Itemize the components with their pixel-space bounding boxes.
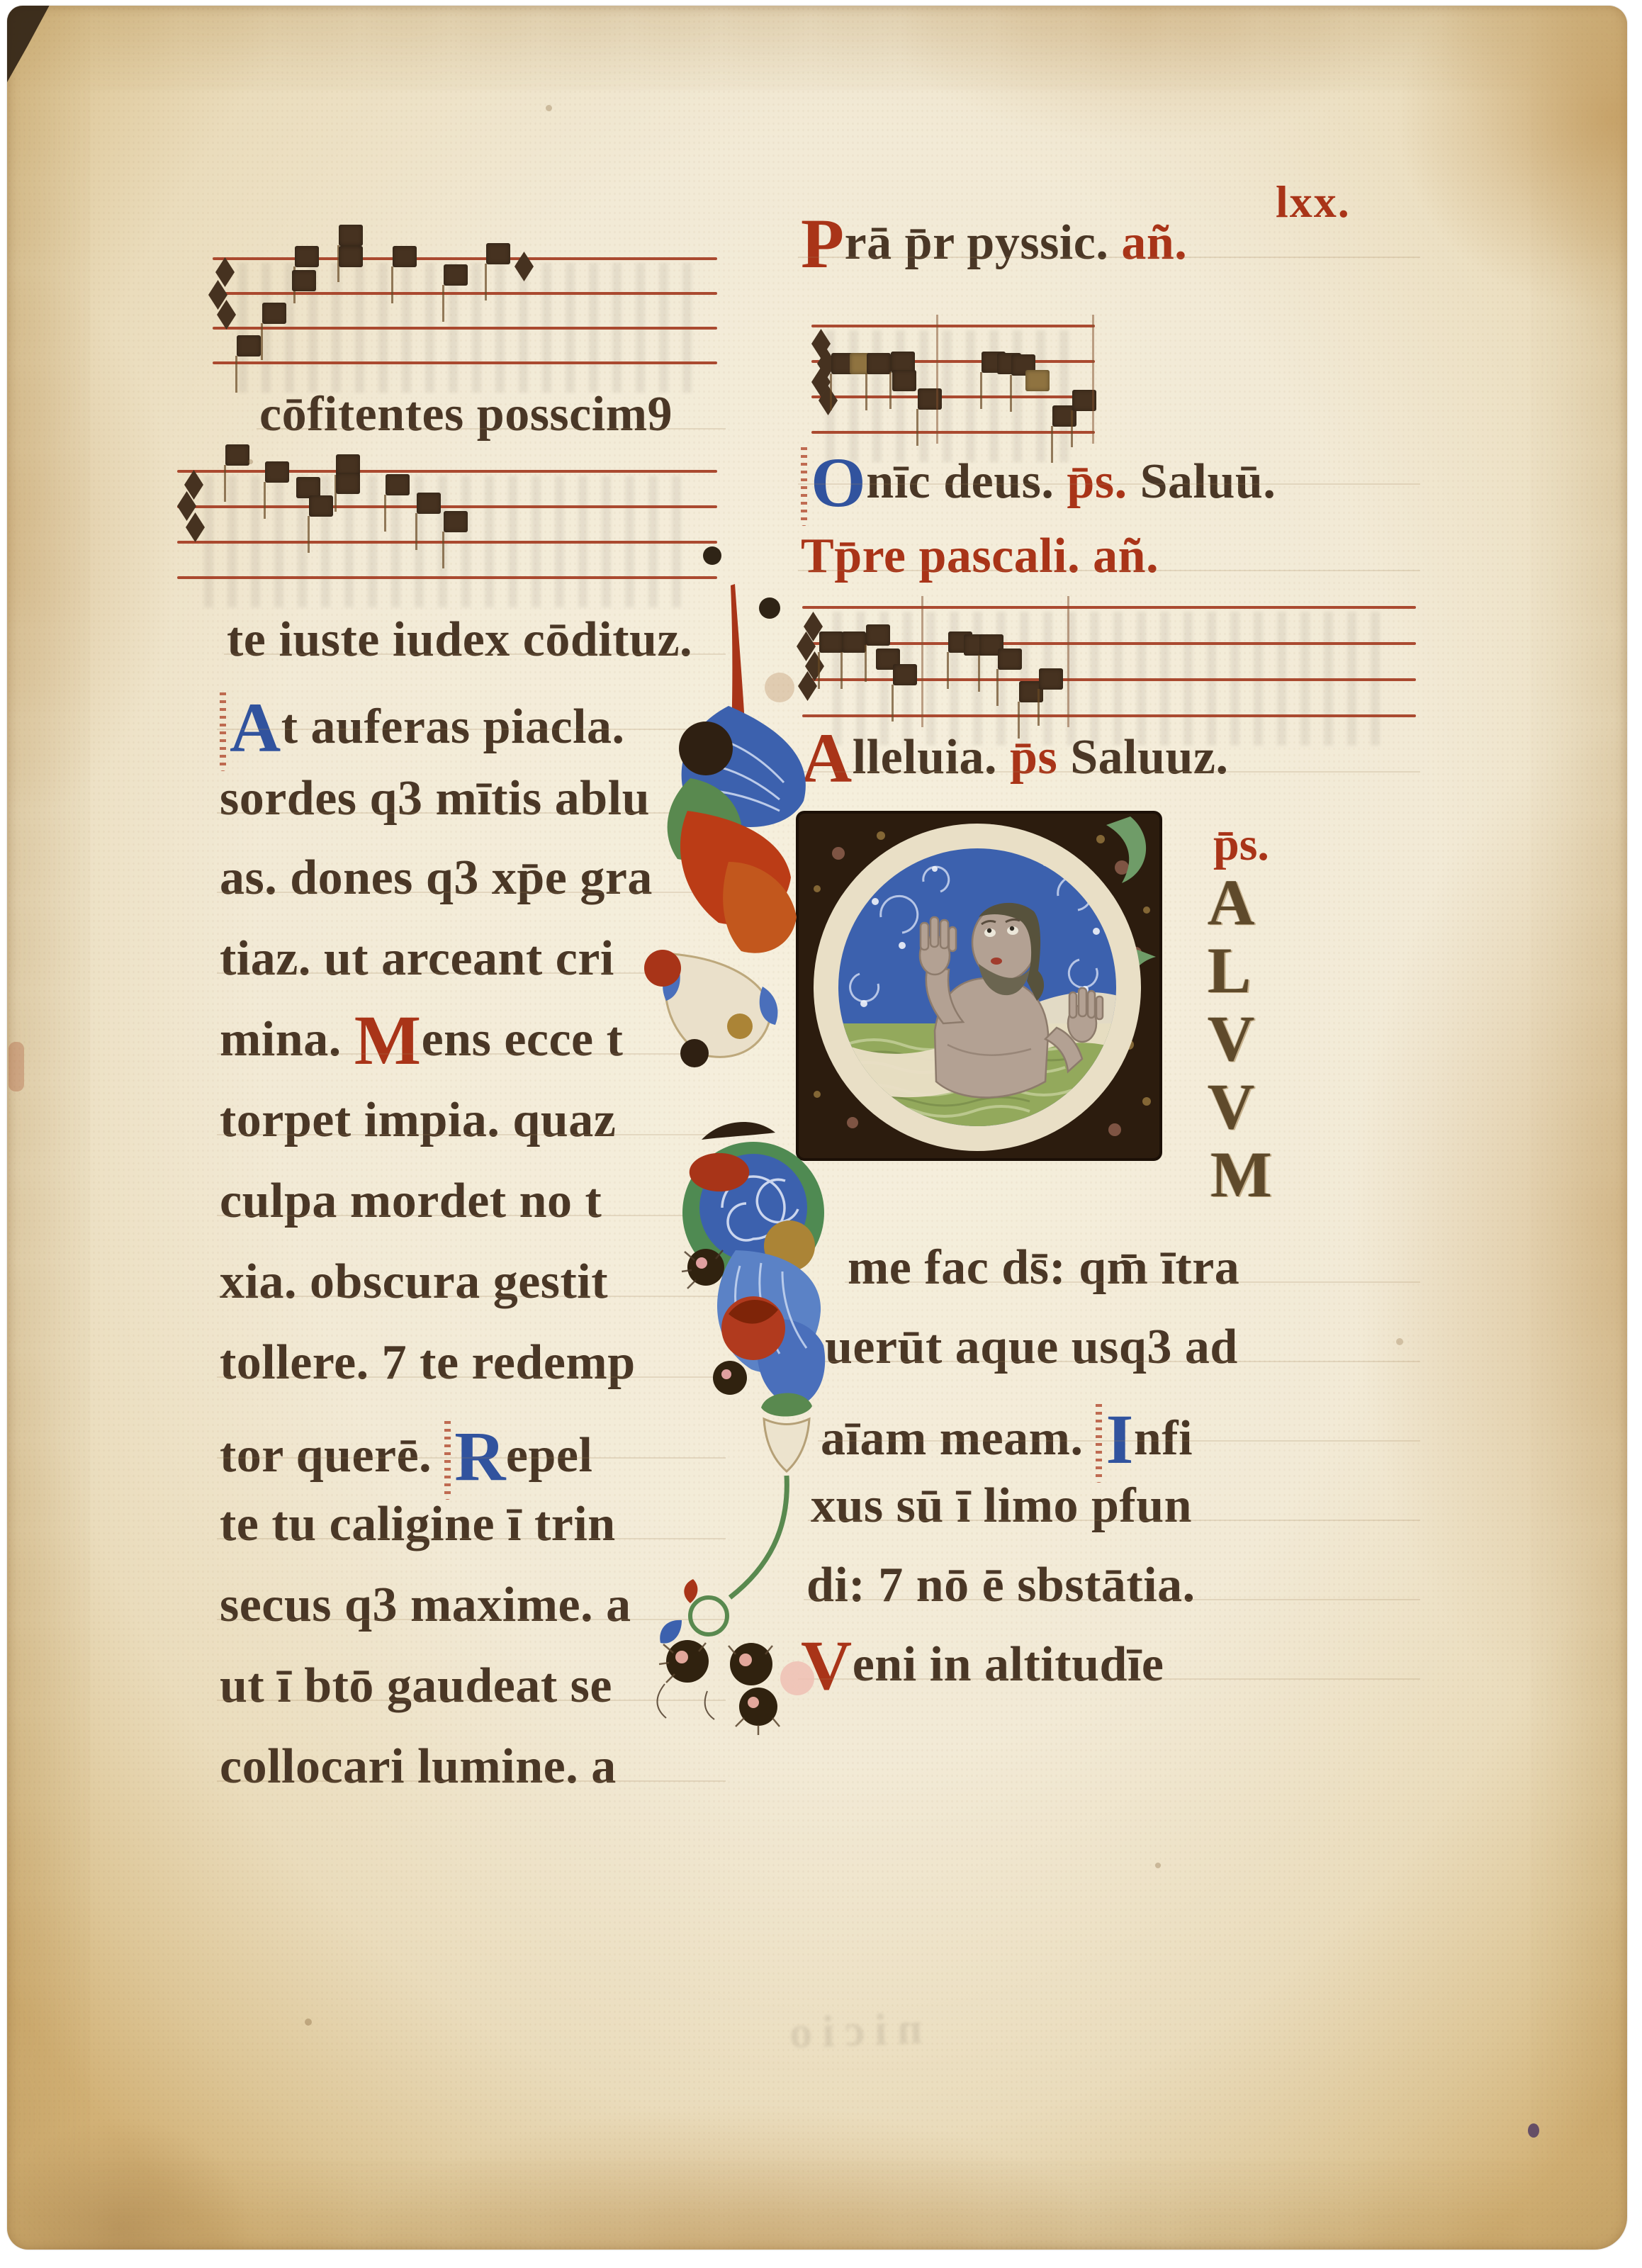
text-segment: as. dones q3 xp̄e gra	[220, 850, 653, 905]
square-note	[867, 353, 891, 374]
staff-line	[213, 327, 717, 330]
text-segment: torpet impia. quaz	[220, 1093, 616, 1147]
penwork-flourish-icon	[1096, 1399, 1102, 1483]
text-segment: cōfitentes posscim9	[259, 387, 673, 442]
staff-divider	[921, 596, 923, 727]
square-note	[386, 474, 410, 495]
square-note	[892, 370, 916, 391]
speck	[546, 105, 552, 111]
text-segment: secus q3 maxime. a	[220, 1578, 631, 1632]
square-note	[486, 243, 510, 264]
square-note	[295, 246, 319, 267]
versal-initial: R	[454, 1417, 506, 1495]
chant-text-line: uerūt aque usq3 ad	[825, 1320, 1417, 1375]
chant-text-line: cōfitentes posscim9	[259, 387, 723, 442]
square-note	[339, 225, 363, 246]
versal-initial: A	[230, 688, 281, 767]
speck	[1155, 1863, 1161, 1868]
square-note	[893, 664, 917, 685]
red-stain	[9, 1042, 24, 1091]
text-segment: tor querē.	[220, 1428, 444, 1483]
square-note	[1039, 668, 1063, 690]
staff-line	[213, 292, 717, 295]
text-segment: culpa mordet no t	[220, 1174, 602, 1228]
music-staff	[811, 325, 1095, 434]
square-note	[265, 461, 289, 483]
text-segment: nīc deus.	[866, 454, 1067, 509]
square-note	[998, 649, 1022, 670]
seed-pod-icon	[682, 1249, 724, 1289]
text-segment: p̄s	[1010, 730, 1070, 785]
text-segment: xia. obscura gestit	[220, 1254, 608, 1309]
versal-initial: I	[1106, 1400, 1133, 1478]
square-note	[237, 335, 261, 357]
chant-text-line: me fac ds̄: qm̄ ītra	[848, 1240, 1417, 1296]
foliate-border-ornament	[622, 529, 880, 1778]
text-segment: t auferas piacla.	[281, 700, 625, 754]
text-segment: te tu caligine ī trin	[220, 1497, 616, 1551]
cadel-letter: V	[1208, 1001, 1254, 1076]
cadel-letter: A	[1208, 865, 1254, 940]
text-segment: ens ecce t	[422, 1012, 624, 1067]
penwork-flourish-icon	[444, 1416, 451, 1500]
text-segment: tollere. 7 te redemp	[220, 1335, 636, 1390]
text-segment: ut ī btō gaudeat se	[220, 1658, 612, 1713]
text-segment: me fac ds̄: qm̄ ītra	[848, 1240, 1239, 1295]
chant-text-line: Veni in altitudīe	[801, 1637, 1417, 1692]
ink-blot	[1528, 2123, 1539, 2138]
chant-text-line: di: 7 nō ē sbstātia.	[806, 1558, 1417, 1613]
text-segment: eni in altitudīe	[853, 1637, 1164, 1692]
square-note	[444, 264, 468, 286]
text-segment: rā p̄r pyssic.	[845, 215, 1122, 270]
staff-line	[213, 257, 717, 260]
text-segment: Saluuz.	[1070, 730, 1228, 785]
staff-line	[811, 325, 1095, 327]
music-staff	[213, 257, 717, 364]
text-segment: collocari lumine. a	[220, 1739, 617, 1794]
square-note	[339, 246, 363, 267]
seed-pod-cluster	[657, 1640, 814, 1735]
staff-line	[177, 470, 717, 473]
chant-text-line: Onīc deus. p̄s. Saluū.	[801, 442, 1417, 526]
versal-initial: P	[801, 204, 845, 283]
text-segment: sordes q3 mītis ablu	[220, 771, 650, 826]
versal-initial: O	[811, 443, 866, 522]
square-note	[225, 444, 249, 466]
square-note	[262, 303, 286, 324]
staff-line	[811, 395, 1095, 398]
corner-damage	[7, 6, 75, 112]
square-note	[309, 495, 333, 517]
staff-line	[213, 361, 717, 364]
chant-text-line: Tp̄re pascali. añ.	[801, 529, 1417, 584]
chant-text-line: xus sū ī limo pfun	[811, 1478, 1417, 1534]
cadel-letter: V	[1208, 1069, 1254, 1144]
staff-divider	[936, 315, 938, 444]
text-segment: mina.	[220, 1012, 354, 1067]
text-segment: epel	[506, 1428, 593, 1483]
staff-line	[802, 714, 1416, 717]
staff-divider	[1092, 315, 1094, 444]
speck	[305, 2019, 312, 2026]
text-segment: uerūt aque usq3 ad	[825, 1320, 1238, 1374]
square-note	[292, 270, 316, 291]
penwork-flourish-icon	[220, 687, 226, 771]
square-note	[393, 246, 417, 267]
square-note	[417, 493, 441, 514]
text-segment: p̄s.	[1067, 454, 1140, 509]
verso-show-through: nicio	[779, 2002, 923, 2060]
staff-line	[177, 505, 717, 508]
cadel-letter: M	[1210, 1137, 1272, 1212]
versal-initial: M	[354, 1001, 422, 1079]
square-note	[444, 511, 468, 532]
chant-text-line: Prā p̄r pyssic. añ.	[801, 215, 1417, 271]
manuscript-photo: lxx. cōfitentes posscim9te iuste iudex c…	[0, 0, 1642, 2268]
staff-line	[802, 606, 1416, 609]
square-note	[1025, 370, 1050, 391]
chant-text-line: Alleluia. p̄s Saluuz.	[801, 730, 1417, 785]
text-segment: tiaz. ut arceant cri	[220, 931, 614, 986]
staff-divider	[1067, 596, 1069, 727]
psalm-rubric: p̄s.	[1213, 818, 1269, 872]
speck	[248, 459, 253, 464]
speck	[1396, 1338, 1403, 1345]
text-segment: añ.	[1121, 215, 1187, 270]
chant-text-line: aīam meam. Infi	[821, 1399, 1417, 1483]
music-staff	[802, 606, 1416, 717]
text-segment: nfi	[1134, 1411, 1193, 1466]
staff-line	[802, 642, 1416, 645]
penwork-flourish-icon	[801, 442, 807, 526]
square-note	[336, 473, 360, 494]
cadel-letter: L	[1208, 933, 1251, 1008]
parchment-leaf: lxx. cōfitentes posscim9te iuste iudex c…	[7, 6, 1627, 2250]
text-segment: Saluū.	[1140, 454, 1276, 509]
